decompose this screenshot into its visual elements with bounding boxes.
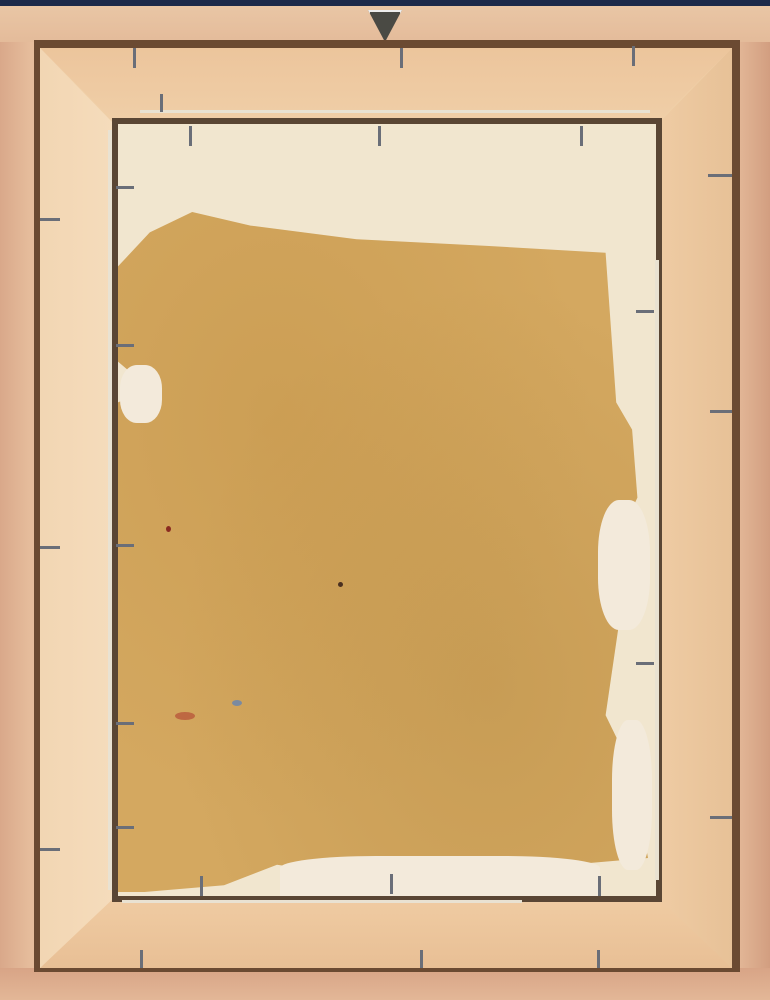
thread-edge-bottom [122, 900, 522, 903]
nail [116, 344, 134, 347]
stain-spot [166, 526, 171, 532]
gesso-patch [612, 720, 652, 870]
nail [116, 722, 134, 725]
nail [200, 876, 203, 896]
liner-right [656, 48, 732, 968]
liner-bottom [40, 896, 732, 968]
nail [390, 874, 393, 894]
nail [636, 310, 654, 313]
stain-spot [232, 700, 242, 706]
nail [420, 950, 423, 968]
nail [636, 662, 654, 665]
nail [189, 126, 192, 146]
nail [40, 218, 60, 221]
nail [580, 126, 583, 146]
gesso-patch [280, 856, 600, 896]
nail [133, 48, 136, 68]
liner-top [40, 48, 732, 126]
nail [116, 186, 134, 189]
nail [116, 826, 134, 829]
nail [710, 816, 732, 819]
stain-spot [175, 712, 195, 720]
thread-edge-left [108, 130, 112, 890]
nail [598, 876, 601, 896]
nail [597, 950, 600, 968]
thread-edge-top [140, 110, 650, 113]
liner-left [40, 48, 116, 968]
nail [400, 48, 403, 68]
nail [708, 174, 732, 177]
stain-spot [338, 582, 343, 587]
nail [160, 94, 163, 112]
nail [632, 46, 635, 66]
nail [40, 848, 60, 851]
nail [710, 410, 732, 413]
thread-edge-right [655, 260, 659, 880]
nail [378, 126, 381, 146]
gesso-patch [120, 365, 162, 423]
outer-frame-bottom [0, 968, 770, 1000]
nail [116, 544, 134, 547]
gesso-patch [598, 500, 650, 630]
nail [40, 546, 60, 549]
nail [140, 950, 143, 968]
kraft-paper [118, 212, 648, 892]
